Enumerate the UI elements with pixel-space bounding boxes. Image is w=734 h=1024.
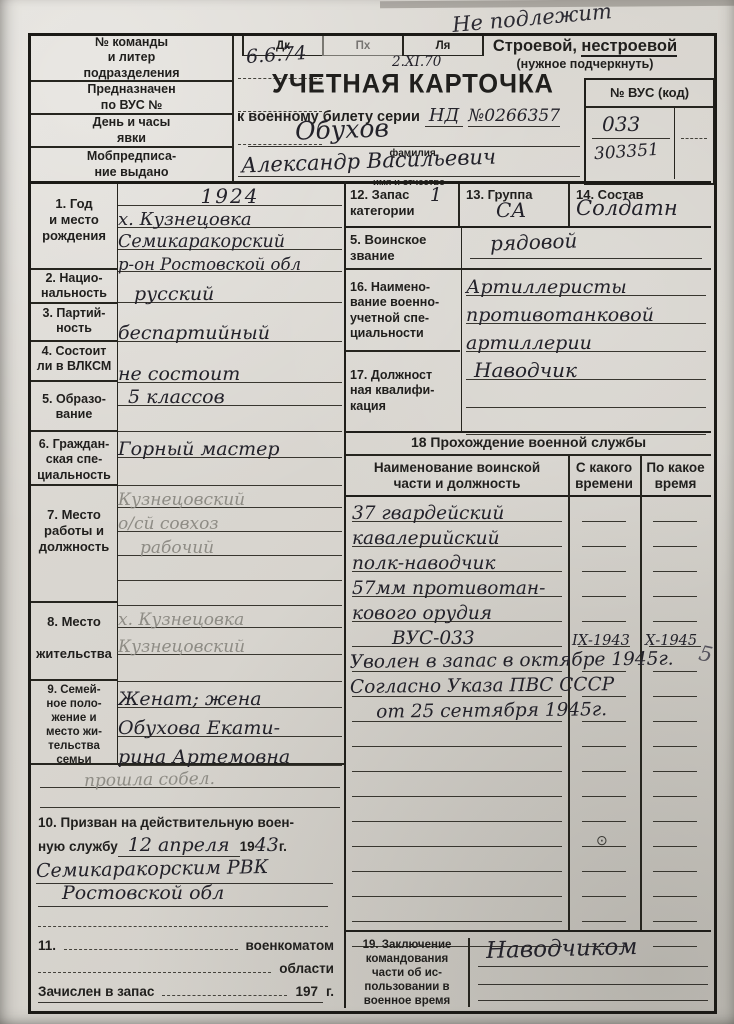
row10-line-2: ную службу 12 апреля 19 43 г. xyxy=(38,834,287,857)
vus-code-box: № ВУС (код) 033 303351 xyxy=(584,78,715,185)
vus-code-label: № ВУС (код) xyxy=(586,80,713,108)
date-box-px-label: Пх xyxy=(356,40,371,52)
birth-place-2: Семикаракорский xyxy=(118,232,285,252)
unit-line-1: 37 гвардейский xyxy=(352,503,504,524)
birth-year: 1924 xyxy=(201,184,260,208)
row11-voenkomatom: военкоматом xyxy=(246,938,334,953)
service-col2-header: С какого времени xyxy=(568,460,640,493)
stroevoy-block: Строевой, нестроевой (нужное подчеркнуть… xyxy=(460,37,710,71)
unit-line-2: кавалерийский xyxy=(352,528,500,549)
party-value: беспартийный xyxy=(118,322,270,344)
rank-line xyxy=(470,258,702,259)
header-row-vus: Предназначен по ВУС № xyxy=(31,82,232,115)
row2-label: 2. Нацио- нальность xyxy=(31,271,117,302)
row2-value: русский беспартийный не состоит xyxy=(118,268,342,383)
header-row-mob: Мобпредписа- ние выдано xyxy=(31,148,232,181)
vus-spec-2: противотанковой xyxy=(466,304,654,326)
row11-line-2: области xyxy=(38,961,334,976)
qualification-value: Наводчик xyxy=(474,358,577,382)
rows16-17-value: Артиллеристы противотанковой артиллерии … xyxy=(466,268,706,435)
row15-label: 5. Воинское звание xyxy=(346,232,462,264)
service-from-value: IХ-1943 xyxy=(572,633,630,649)
row16-label: 16. Наимено- вание военно- учетной спе- … xyxy=(346,280,462,341)
row5-label: 5. Образо- вание xyxy=(31,392,117,423)
header-row-day: День и часы явки xyxy=(31,115,232,148)
vus-spec-1: Артиллеристы xyxy=(466,276,627,298)
sep-r4-r5 xyxy=(31,380,117,382)
row19: 19. Заключение командования части об ис-… xyxy=(346,930,711,1008)
birth-place-1: х. Кузнецовка xyxy=(118,209,252,230)
residence-2: Кузнецовский xyxy=(118,637,245,657)
row10-label-1: 10. Призван на действительную воен- xyxy=(38,815,294,830)
unit-line-4: 57мм противотан- xyxy=(352,578,545,599)
discharge-line-2: Согласно Указа ПВС СССР xyxy=(350,673,712,702)
row7-value: Кузнецовский о/сй совхоз рабочий xyxy=(118,484,342,606)
civil-spec-value: Горный мастер xyxy=(118,438,280,460)
stroevoy-word: Строевой, xyxy=(493,37,577,55)
service-table-header: Наименование воинской части и должность … xyxy=(346,454,711,497)
billet-series: НД xyxy=(425,105,463,127)
sep-r6-r7 xyxy=(31,484,117,486)
section18-top-line xyxy=(346,431,711,433)
billet-line: к военному билету серии НД №0266357 xyxy=(237,105,560,127)
row19-label: 19. Заключение командования части об ис-… xyxy=(346,938,470,1007)
education-value: 5 классов xyxy=(128,386,225,408)
callup-year: 43 xyxy=(255,834,279,856)
surname-value: Обухов xyxy=(295,113,390,145)
header-label-box: № команды и литер подразделения Предназн… xyxy=(31,36,234,181)
vus-code-value: 033 xyxy=(602,112,640,136)
row10-empty-line xyxy=(38,926,328,927)
sostav-value: Солдатн xyxy=(576,196,678,220)
row11-zapas: Зачислен в запас xyxy=(38,984,154,999)
unit-line-5: кового орудия xyxy=(352,603,492,624)
row11-bottom-line xyxy=(38,1002,323,1003)
unit-line-6: ВУС-033 xyxy=(392,628,475,649)
scanned-military-card: Не подлежит № команды и литер подразделе… xyxy=(0,0,734,1024)
sep-r7-r8 xyxy=(31,601,117,603)
sep-r16-r17 xyxy=(346,350,460,352)
callup-oblast: Ростовской обл xyxy=(62,882,224,904)
service-col1-header: Наименование воинской части и должность xyxy=(346,460,568,493)
nestroevoy-word: нестроевой xyxy=(581,37,677,57)
row9-value: Женат; жена Обухова Екати- рина Артемовн… xyxy=(118,679,342,766)
conclusion-line-2 xyxy=(478,984,708,985)
row7-label: 7. Место работы и должность xyxy=(31,507,117,555)
row9-label: 9. Семей- ное поло- жение и место жи- те… xyxy=(31,683,117,767)
date-box-lya-label: Ля xyxy=(436,40,451,52)
conclusion-line-3 xyxy=(478,1000,708,1001)
row10-label-2: ную службу xyxy=(38,839,118,854)
rows12-14: 12. Запас категории 1 13. Группа СА 14. … xyxy=(346,184,711,228)
service-to-value: Х-1945 xyxy=(645,633,697,649)
work-place-2: о/сй совхоз xyxy=(118,514,219,534)
row11-line-3: Зачислен в запас 197 г. xyxy=(38,984,334,999)
row11-num: 11. xyxy=(38,938,56,953)
page-title: УЧЕТНАЯ КАРТОЧКА xyxy=(236,69,590,99)
residence-1: х. Кузнецовка xyxy=(118,610,244,630)
row11-g: г. xyxy=(326,984,334,999)
discharge-line-3: от 25 сентября 1945г. xyxy=(376,698,712,727)
family-2: Обухова Екати- xyxy=(118,717,280,739)
callup-rvk: Семикаракорским РВК xyxy=(36,856,269,882)
date-value-lya: 2.XI.70 xyxy=(392,54,441,70)
sep-r5-r6 xyxy=(31,430,117,432)
row4-label: 4. Состоит ли в ВЛКСМ xyxy=(31,344,117,375)
sep-r8-r9 xyxy=(31,679,117,681)
vus-spec-3: артиллерии xyxy=(466,332,592,354)
group-value: СА xyxy=(496,198,526,222)
callup-oblast-line xyxy=(38,906,328,907)
row6-label: 6. Граждан- ская спе- циальность xyxy=(31,437,117,483)
sep-r1-r2 xyxy=(31,268,117,270)
conclusion-value: Наводчиком xyxy=(486,934,638,964)
row8-value: х. Кузнецовка Кузнецовский xyxy=(118,601,342,682)
row11-line-1: 11. военкоматом xyxy=(38,938,334,953)
callup-date: 12 апреля xyxy=(118,834,240,857)
ink-mark: ⊙ xyxy=(596,832,608,849)
date-value-dk: 6.6.74 xyxy=(245,42,307,68)
sep-r2-r3 xyxy=(31,302,117,304)
discharge-line-1: Уволен в запас в октябре 1945г. xyxy=(350,648,712,677)
row3-label: 3. Партий- ность xyxy=(31,306,117,337)
row1-value: 1924 х. Кузнецовка Семикаракорский р-он … xyxy=(118,184,342,272)
row1-label: 1. Год и место рождения xyxy=(31,196,117,244)
section18-title: 18 Прохождение военной службы xyxy=(346,434,711,450)
row5-value: 5 классов xyxy=(118,380,342,432)
vus-code2-value: 303351 xyxy=(593,140,659,164)
callup-g: г. xyxy=(279,839,287,854)
row8-label: 8. Место жительства xyxy=(31,614,117,662)
family-1: Женат; жена xyxy=(118,688,262,710)
row11-year: 197 xyxy=(295,984,318,999)
family-note: прошла собел. xyxy=(84,769,215,791)
row11-oblasti: области xyxy=(279,961,334,976)
discharge-note: Уволен в запас в октябре 1945г. Согласно… xyxy=(350,648,713,727)
sep-r3-r4 xyxy=(31,340,117,342)
vus-inner-vline xyxy=(674,108,675,179)
row17-label: 17. Должност ная квалифи- кация xyxy=(346,368,462,414)
callup-year-prefix: 19 xyxy=(240,839,255,854)
unit-line-3: полк-наводчик xyxy=(352,553,495,574)
nationality-value: русский xyxy=(134,283,214,305)
rank-value: рядовой xyxy=(490,228,578,255)
conclusion-line-1 xyxy=(478,966,708,967)
zapas-category-value: 1 xyxy=(430,184,442,206)
service-col3-header: По какое время xyxy=(640,460,711,493)
billet-number: №0266357 xyxy=(468,106,560,127)
row6-value: Горный мастер xyxy=(118,430,342,486)
work-place-3: рабочий xyxy=(140,538,214,558)
row9-note-strip: прошла собел. xyxy=(40,763,340,808)
vus-line-1 xyxy=(592,138,670,139)
header-row-command: № команды и литер подразделения xyxy=(31,36,232,82)
vus-dash xyxy=(681,138,707,139)
work-place-1: Кузнецовский xyxy=(118,490,245,510)
